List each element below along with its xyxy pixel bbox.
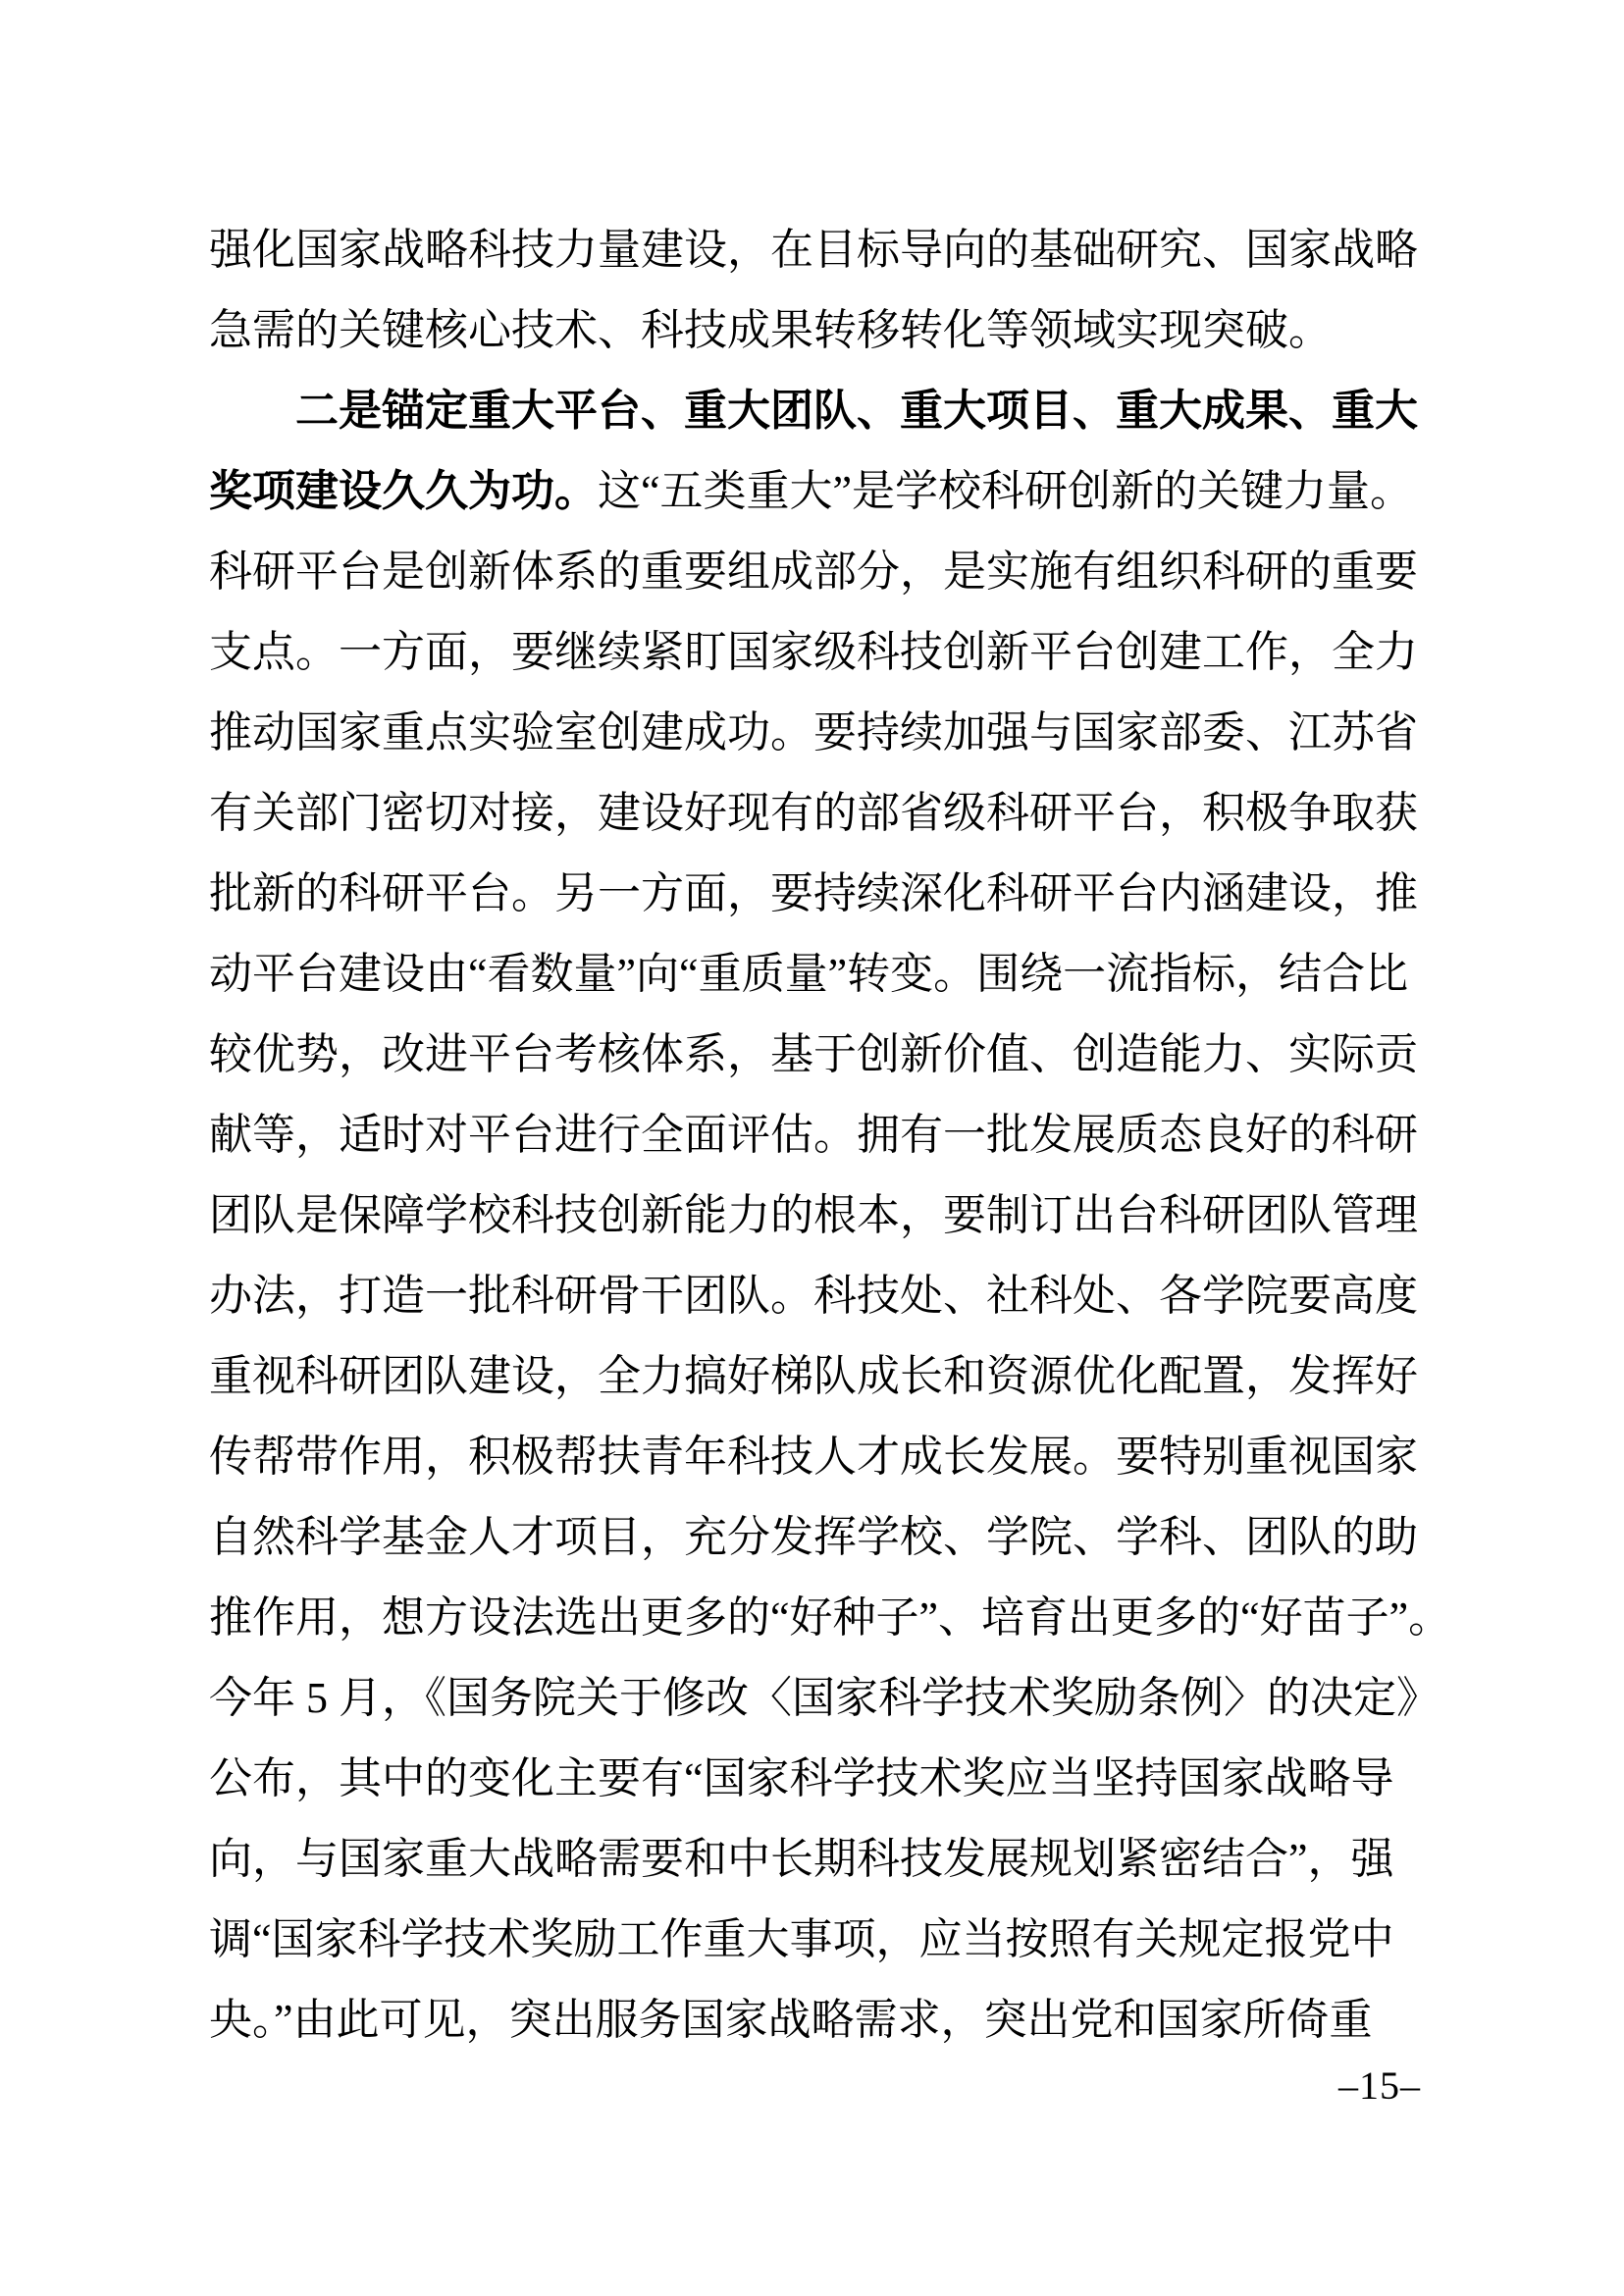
text-line: 批新的科研平台。另一方面，要持续深化科研平台内涵建设，推 <box>209 854 1426 934</box>
text-line: 二是锚定重大平台、重大团队、重大项目、重大成果、重大 <box>209 371 1426 451</box>
text-line: 献等，适时对平台进行全面评估。拥有一批发展质态良好的科研 <box>209 1095 1426 1175</box>
text-segment: 向，与国家重大战略需要和中长期科技发展规划紧密结合”，强 <box>209 1835 1394 1883</box>
text-line: 支点。一方面，要继续紧盯国家级科技创新平台创建工作，全力 <box>209 612 1426 693</box>
text-line: 团队是保障学校科技创新能力的根本，要制订出台科研团队管理 <box>209 1175 1426 1256</box>
text-line: 较优势，改进平台考核体系，基于创新价值、创造能力、实际贡 <box>209 1015 1426 1095</box>
text-line: 自然科学基金人才项目，充分发挥学校、学院、学科、团队的助 <box>209 1497 1426 1578</box>
text-line: 科研平台是创新体系的重要组成部分，是实施有组织科研的重要 <box>209 532 1426 612</box>
text-segment: 支点。一方面，要继续紧盯国家级科技创新平台创建工作，全力 <box>209 628 1418 676</box>
text-segment: 自然科学基金人才项目，充分发挥学校、学院、学科、团队的助 <box>209 1513 1418 1561</box>
text-segment: 急需的关键核心技术、科技成果转移转化等领域实现突破。 <box>209 306 1332 354</box>
text-line: 央。”由此可见，突出服务国家战略需求，突出党和国家所倚重 <box>209 1980 1426 2061</box>
page-number: –15– <box>1338 2063 1421 2109</box>
text-segment: 推作用，想方设法选出更多的“好种子”、培育出更多的“好苗子”。 <box>209 1593 1451 1642</box>
text-segment: 办法，打造一批科研骨干团队。科技处、社科处、各学院要高度 <box>209 1272 1418 1320</box>
text-line: 公布，其中的变化主要有“国家科学技术奖应当坚持国家战略导 <box>209 1739 1426 1819</box>
document-page: 强化国家战略科技力量建设，在目标导向的基础研究、国家战略急需的关键核心技术、科技… <box>0 0 1624 2296</box>
text-line: 办法，打造一批科研骨干团队。科技处、社科处、各学院要高度 <box>209 1256 1426 1336</box>
text-segment: 团队是保障学校科技创新能力的根本，要制订出台科研团队管理 <box>209 1191 1418 1239</box>
text-segment: 批新的科研平台。另一方面，要持续深化科研平台内涵建设，推 <box>209 869 1418 917</box>
text-line: 向，与国家重大战略需要和中长期科技发展规划紧密结合”，强 <box>209 1819 1426 1900</box>
text-segment: 有关部门密切对接，建设好现有的部省级科研平台，积极争取获 <box>209 789 1418 837</box>
text-segment: 这“五类重大”是学校科研创新的关键力量。 <box>598 467 1413 515</box>
document-body: 强化国家战略科技力量建设，在目标导向的基础研究、国家战略急需的关键核心技术、科技… <box>209 210 1426 2061</box>
text-line: 调“国家科学技术奖励工作重大事项，应当按照有关规定报党中 <box>209 1900 1426 1980</box>
text-line: 有关部门密切对接，建设好现有的部省级科研平台，积极争取获 <box>209 773 1426 854</box>
text-segment: 传帮带作用，积极帮扶青年科技人才成长发展。要特别重视国家 <box>209 1433 1418 1481</box>
text-segment: 调“国家科学技术奖励工作重大事项，应当按照有关规定报党中 <box>209 1915 1394 1963</box>
text-line: 强化国家战略科技力量建设，在目标导向的基础研究、国家战略 <box>209 210 1426 290</box>
text-line: 推动国家重点实验室创建成功。要持续加强与国家部委、江苏省 <box>209 693 1426 773</box>
bold-text-segment: 奖项建设久久为功。 <box>209 467 598 515</box>
text-line: 急需的关键核心技术、科技成果转移转化等领域实现突破。 <box>209 290 1426 371</box>
text-line: 动平台建设由“看数量”向“重质量”转变。围绕一流指标，结合比 <box>209 934 1426 1015</box>
bold-text-segment: 二是锚定重大平台、重大团队、重大项目、重大成果、重大 <box>295 387 1418 435</box>
text-segment: 强化国家战略科技力量建设，在目标导向的基础研究、国家战略 <box>209 226 1418 274</box>
text-line: 推作用，想方设法选出更多的“好种子”、培育出更多的“好苗子”。 <box>209 1578 1426 1658</box>
text-segment: 重视科研团队建设，全力搞好梯队成长和资源优化配置，发挥好 <box>209 1352 1418 1400</box>
text-segment: 科研平台是创新体系的重要组成部分，是实施有组织科研的重要 <box>209 548 1418 596</box>
text-line: 今年 5 月，《国务院关于修改〈国家科学技术奖励条例〉的决定》 <box>209 1658 1426 1739</box>
text-line: 重视科研团队建设，全力搞好梯队成长和资源优化配置，发挥好 <box>209 1336 1426 1417</box>
text-segment: 公布，其中的变化主要有“国家科学技术奖应当坚持国家战略导 <box>209 1754 1394 1802</box>
text-segment: 央。”由此可见，突出服务国家战略需求，突出党和国家所倚重 <box>209 1996 1373 2044</box>
text-segment: 动平台建设由“看数量”向“重质量”转变。围绕一流指标，结合比 <box>209 950 1408 998</box>
text-segment: 较优势，改进平台考核体系，基于创新价值、创造能力、实际贡 <box>209 1030 1418 1078</box>
text-segment: 推动国家重点实验室创建成功。要持续加强与国家部委、江苏省 <box>209 708 1418 757</box>
text-line: 奖项建设久久为功。这“五类重大”是学校科研创新的关键力量。 <box>209 451 1426 532</box>
text-segment: 献等，适时对平台进行全面评估。拥有一批发展质态良好的科研 <box>209 1111 1418 1159</box>
text-line: 传帮带作用，积极帮扶青年科技人才成长发展。要特别重视国家 <box>209 1417 1426 1497</box>
text-segment: 今年 5 月，《国务院关于修改〈国家科学技术奖励条例〉的决定》 <box>209 1674 1440 1722</box>
